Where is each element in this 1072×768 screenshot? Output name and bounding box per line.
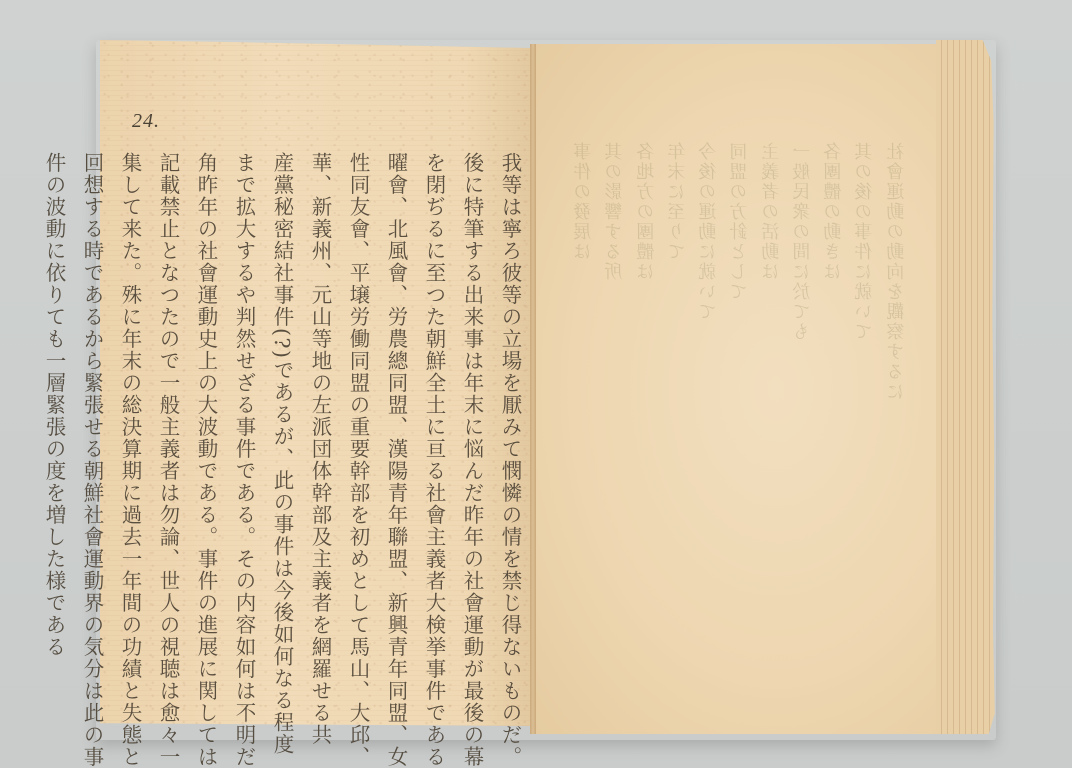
text-column: 我等は寧ろ彼等の立場を厭みて憫憐の情を禁じ得ないものだ。茲に最 — [492, 152, 528, 622]
ghost-column: 主義者の活動は — [756, 142, 783, 702]
manuscript-text-columns: 我等は寧ろ彼等の立場を厭みて憫憐の情を禁じ得ないものだ。茲に最 後に特筆する出来… — [108, 152, 528, 622]
text-column: 記載禁止となつたので一般主義者は勿論、世人の視聴は愈々一層緊 — [150, 152, 186, 622]
ghost-column: 其の影響する所 — [599, 142, 626, 702]
text-column: 曜會、北風會、労農總同盟、漢陽青年聯盟、新興青年同盟、女 — [378, 152, 414, 622]
page-number: 24. — [132, 110, 160, 133]
text-column: 集して来た。殊に年末の総決算期に過去一年間の功績と失態とを — [112, 152, 148, 622]
bleed-through-text: 社會運動の動向を觀察するに 其の後の事件に就いて 各團體の動きは 一般民衆の間に… — [568, 142, 908, 702]
text-column: 華、新義州、元山等地の左派団体幹部及主義者を網羅せる共 — [302, 152, 338, 622]
ghost-column: 一般民衆の間に於ても — [787, 142, 814, 702]
ghost-column: 今後の運動に就いて — [693, 142, 720, 702]
text-column: を閉ぢるに至つた朝鮮全土に亘る社會主義者大検挙事件である。火 — [416, 152, 452, 622]
photo-scene: 24. 我等は寧ろ彼等の立場を厭みて憫憐の情を禁じ得ないものだ。茲に最 後に特筆… — [0, 0, 1072, 768]
text-column: 性同友會、平壌労働同盟の重要幹部を初めとして馬山、大邱、江 — [340, 152, 376, 622]
ghost-column: 年末に至りて — [662, 142, 689, 702]
ghost-column: 其の後の事件に就いて — [849, 142, 876, 702]
ghost-column: 事件の發展は — [568, 142, 595, 702]
text-column: 回想する時であるから緊張せる朝鮮社會運動界の気分は此の事 — [74, 152, 110, 622]
page-edges-stack — [936, 40, 996, 734]
text-column: 件の波動に依りても一層緊張の度を増した様である — [36, 152, 72, 622]
ghost-column: 各團體の動きは — [818, 142, 845, 702]
ghost-column: 各地方の團體は — [631, 142, 658, 702]
text-column: 後に特筆する出来事は年末に悩んだ昨年の社會運動が最後の幕 — [454, 152, 490, 622]
ghost-column: 同盟の方針として — [724, 142, 751, 702]
text-column: 角昨年の社會運動史上の大波動である。事件の進展に関しては一切 — [188, 152, 224, 622]
ghost-column: 社會運動の動向を觀察するに — [881, 142, 908, 702]
book-gutter — [530, 44, 536, 734]
text-column: 産黨秘密結社事件(?)であるが、此の事件は今後如何なる程度 — [264, 152, 300, 622]
text-column: まで拡大するや判然せざる事件である。その内容如何は不明だが兎 — [226, 152, 262, 622]
